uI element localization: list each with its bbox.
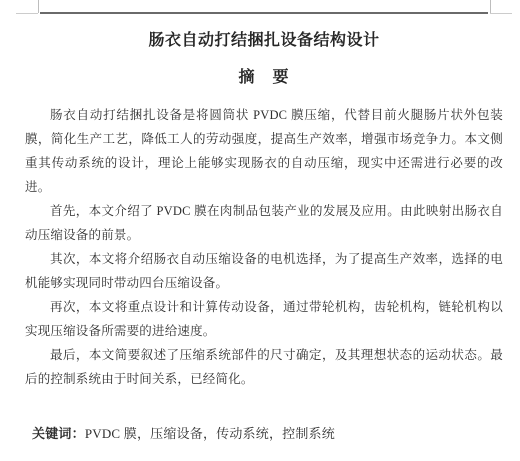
abstract-paragraph-1: 肠衣自动打结捆扎设备是将圆筒状 PVDC 膜压缩，代替目前火腿肠片状外包装膜，简…: [25, 103, 503, 199]
keywords-line: 关键词：PVDC 膜，压缩设备，传动系统，控制系统: [25, 424, 503, 444]
document-title: 肠衣自动打结捆扎设备结构设计: [25, 31, 503, 51]
abstract-body: 肠衣自动打结捆扎设备是将圆筒状 PVDC 膜压缩，代替目前火腿肠片状外包装膜，简…: [25, 103, 503, 391]
abstract-paragraph-3: 其次，本文将介绍肠衣自动压缩设备的电机选择，为了提高生产效率，选择的电机能够实现…: [25, 247, 503, 295]
keywords-label: 关键词：: [32, 426, 85, 441]
abstract-paragraph-5: 最后，本文简要叙述了压缩系统部件的尺寸确定，及其理想状态的运动状态。最后的控制系…: [25, 343, 503, 391]
abstract-heading: 摘 要: [25, 68, 503, 88]
page-content: 肠衣自动打结捆扎设备结构设计 摘 要 肠衣自动打结捆扎设备是将圆筒状 PVDC …: [25, 0, 503, 444]
document-page: 肠衣自动打结捆扎设备结构设计 摘 要 肠衣自动打结捆扎设备是将圆筒状 PVDC …: [0, 0, 520, 461]
keywords-text: PVDC 膜，压缩设备，传动系统，控制系统: [85, 426, 335, 441]
abstract-paragraph-4: 再次，本文将重点设计和计算传动设备，通过带轮机构，齿轮机构，链轮机构以实现压缩设…: [25, 295, 503, 343]
abstract-paragraph-2: 首先，本文介绍了 PVDC 膜在肉制品包装产业的发展及应用。由此映射出肠衣自动压…: [25, 199, 503, 247]
